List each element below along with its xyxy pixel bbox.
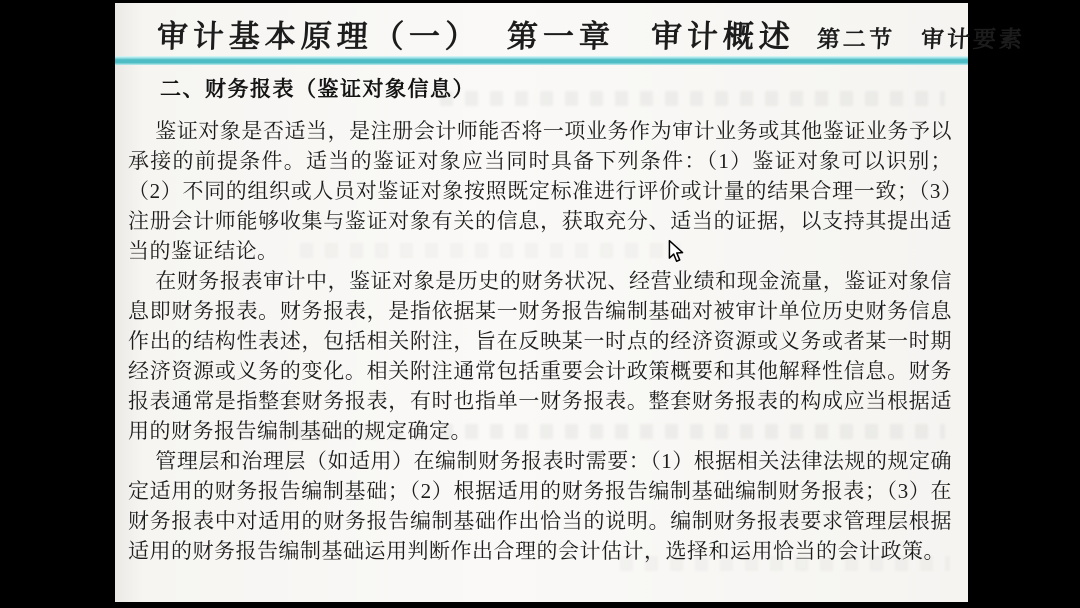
course-title: 审计基本原理（一）	[156, 11, 482, 56]
section-title: 第二节 审计要素	[816, 21, 1026, 54]
page-bleed-artifact	[440, 91, 945, 106]
section-heading: 二、财务报表（鉴证对象信息）	[160, 73, 475, 103]
slide-page: 审计基本原理（一） 第一章 审计概述 第二节 审计要素 二、财务报表（鉴证对象信…	[115, 3, 968, 602]
page-header: 审计基本原理（一） 第一章 审计概述 第二节 审计要素	[157, 11, 947, 56]
body-text: 鉴证对象是否适当，是注册会计师能否将一项业务作为审计业务或其他鉴证业务予以承接的…	[128, 116, 952, 566]
divider-line	[115, 56, 968, 65]
mouse-arrow-cursor	[668, 239, 685, 265]
letterbox-frame: 审计基本原理（一） 第一章 审计概述 第二节 审计要素 二、财务报表（鉴证对象信…	[0, 0, 1080, 608]
body-paragraph: 管理层和治理层（如适用）在编制财务报表时需要：（1）根据相关法律法规的规定确定适…	[128, 446, 952, 566]
body-paragraph: 鉴证对象是否适当，是注册会计师能否将一项业务作为审计业务或其他鉴证业务予以承接的…	[128, 116, 952, 266]
chapter-title: 第一章 审计概述	[506, 11, 796, 56]
body-paragraph: 在财务报表审计中，鉴证对象是历史的财务状况、经营业绩和现金流量，鉴证对象信息即财…	[128, 266, 952, 446]
